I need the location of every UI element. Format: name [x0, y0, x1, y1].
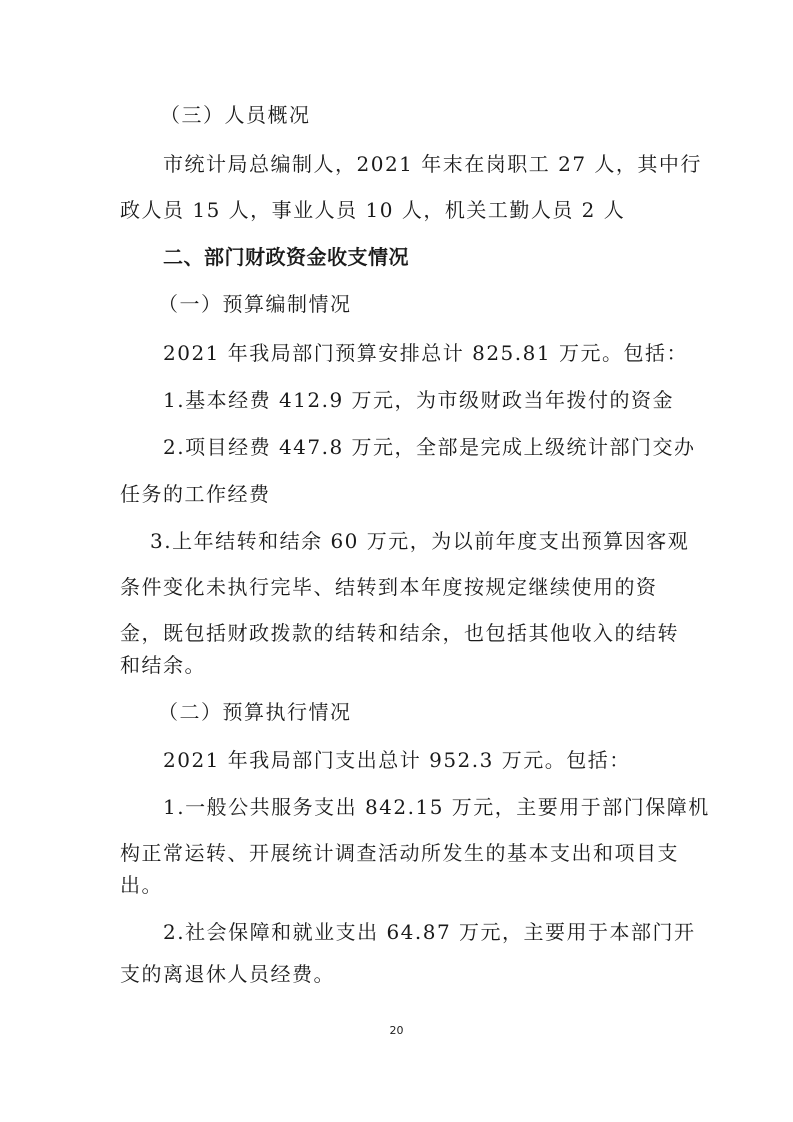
page-number: 20	[0, 1024, 793, 1037]
list-item-carryover: 3.上年结转和结余 60 万元，为以前年度支出预算因客观	[150, 527, 689, 555]
paragraph-line: 政人员 15 人，事业人员 10 人，机关工勤人员 2 人	[120, 196, 625, 224]
list-item-basic-funds: 1.基本经费 412.9 万元，为市级财政当年拨付的资金	[163, 386, 674, 414]
paragraph-line: 2021 年我局部门支出总计 952.3 万元。包括：	[163, 746, 631, 774]
paragraph-line: 任务的工作经费	[120, 480, 271, 508]
list-item-social-security: 2.社会保障和就业支出 64.87 万元，主要用于本部门开	[163, 918, 696, 946]
paragraph-line: 金，既包括财政拨款的结转和结余，也包括其他收入的结转	[120, 619, 679, 647]
paragraph-line: 和结余。	[120, 651, 206, 679]
chapter-heading-finance: 二、部门财政资金收支情况	[163, 243, 409, 271]
paragraph-line: 市统计局总编制人，2021 年末在岗职工 27 人，其中行	[163, 150, 702, 178]
paragraph-line: 2021 年我局部门预算安排总计 825.81 万元。包括：	[163, 339, 688, 367]
paragraph-line: 支的离退休人员经费。	[120, 960, 335, 988]
section-heading-staff: （三）人员概况	[160, 101, 311, 129]
list-item-project-funds: 2.项目经费 447.8 万元，全部是完成上级统计部门交办	[163, 433, 696, 461]
paragraph-line: 条件变化未执行完毕、结转到本年度按规定继续使用的资	[120, 573, 658, 601]
section-heading-budget-preparation: （一）预算编制情况	[158, 290, 352, 318]
paragraph-line: 出。	[120, 871, 163, 899]
paragraph-line: 构正常运转、开展统计调查活动所发生的基本支出和项目支	[120, 839, 679, 867]
section-heading-budget-execution: （二）预算执行情况	[158, 698, 352, 726]
list-item-public-services: 1.一般公共服务支出 842.15 万元，主要用于部门保障机	[163, 793, 710, 821]
